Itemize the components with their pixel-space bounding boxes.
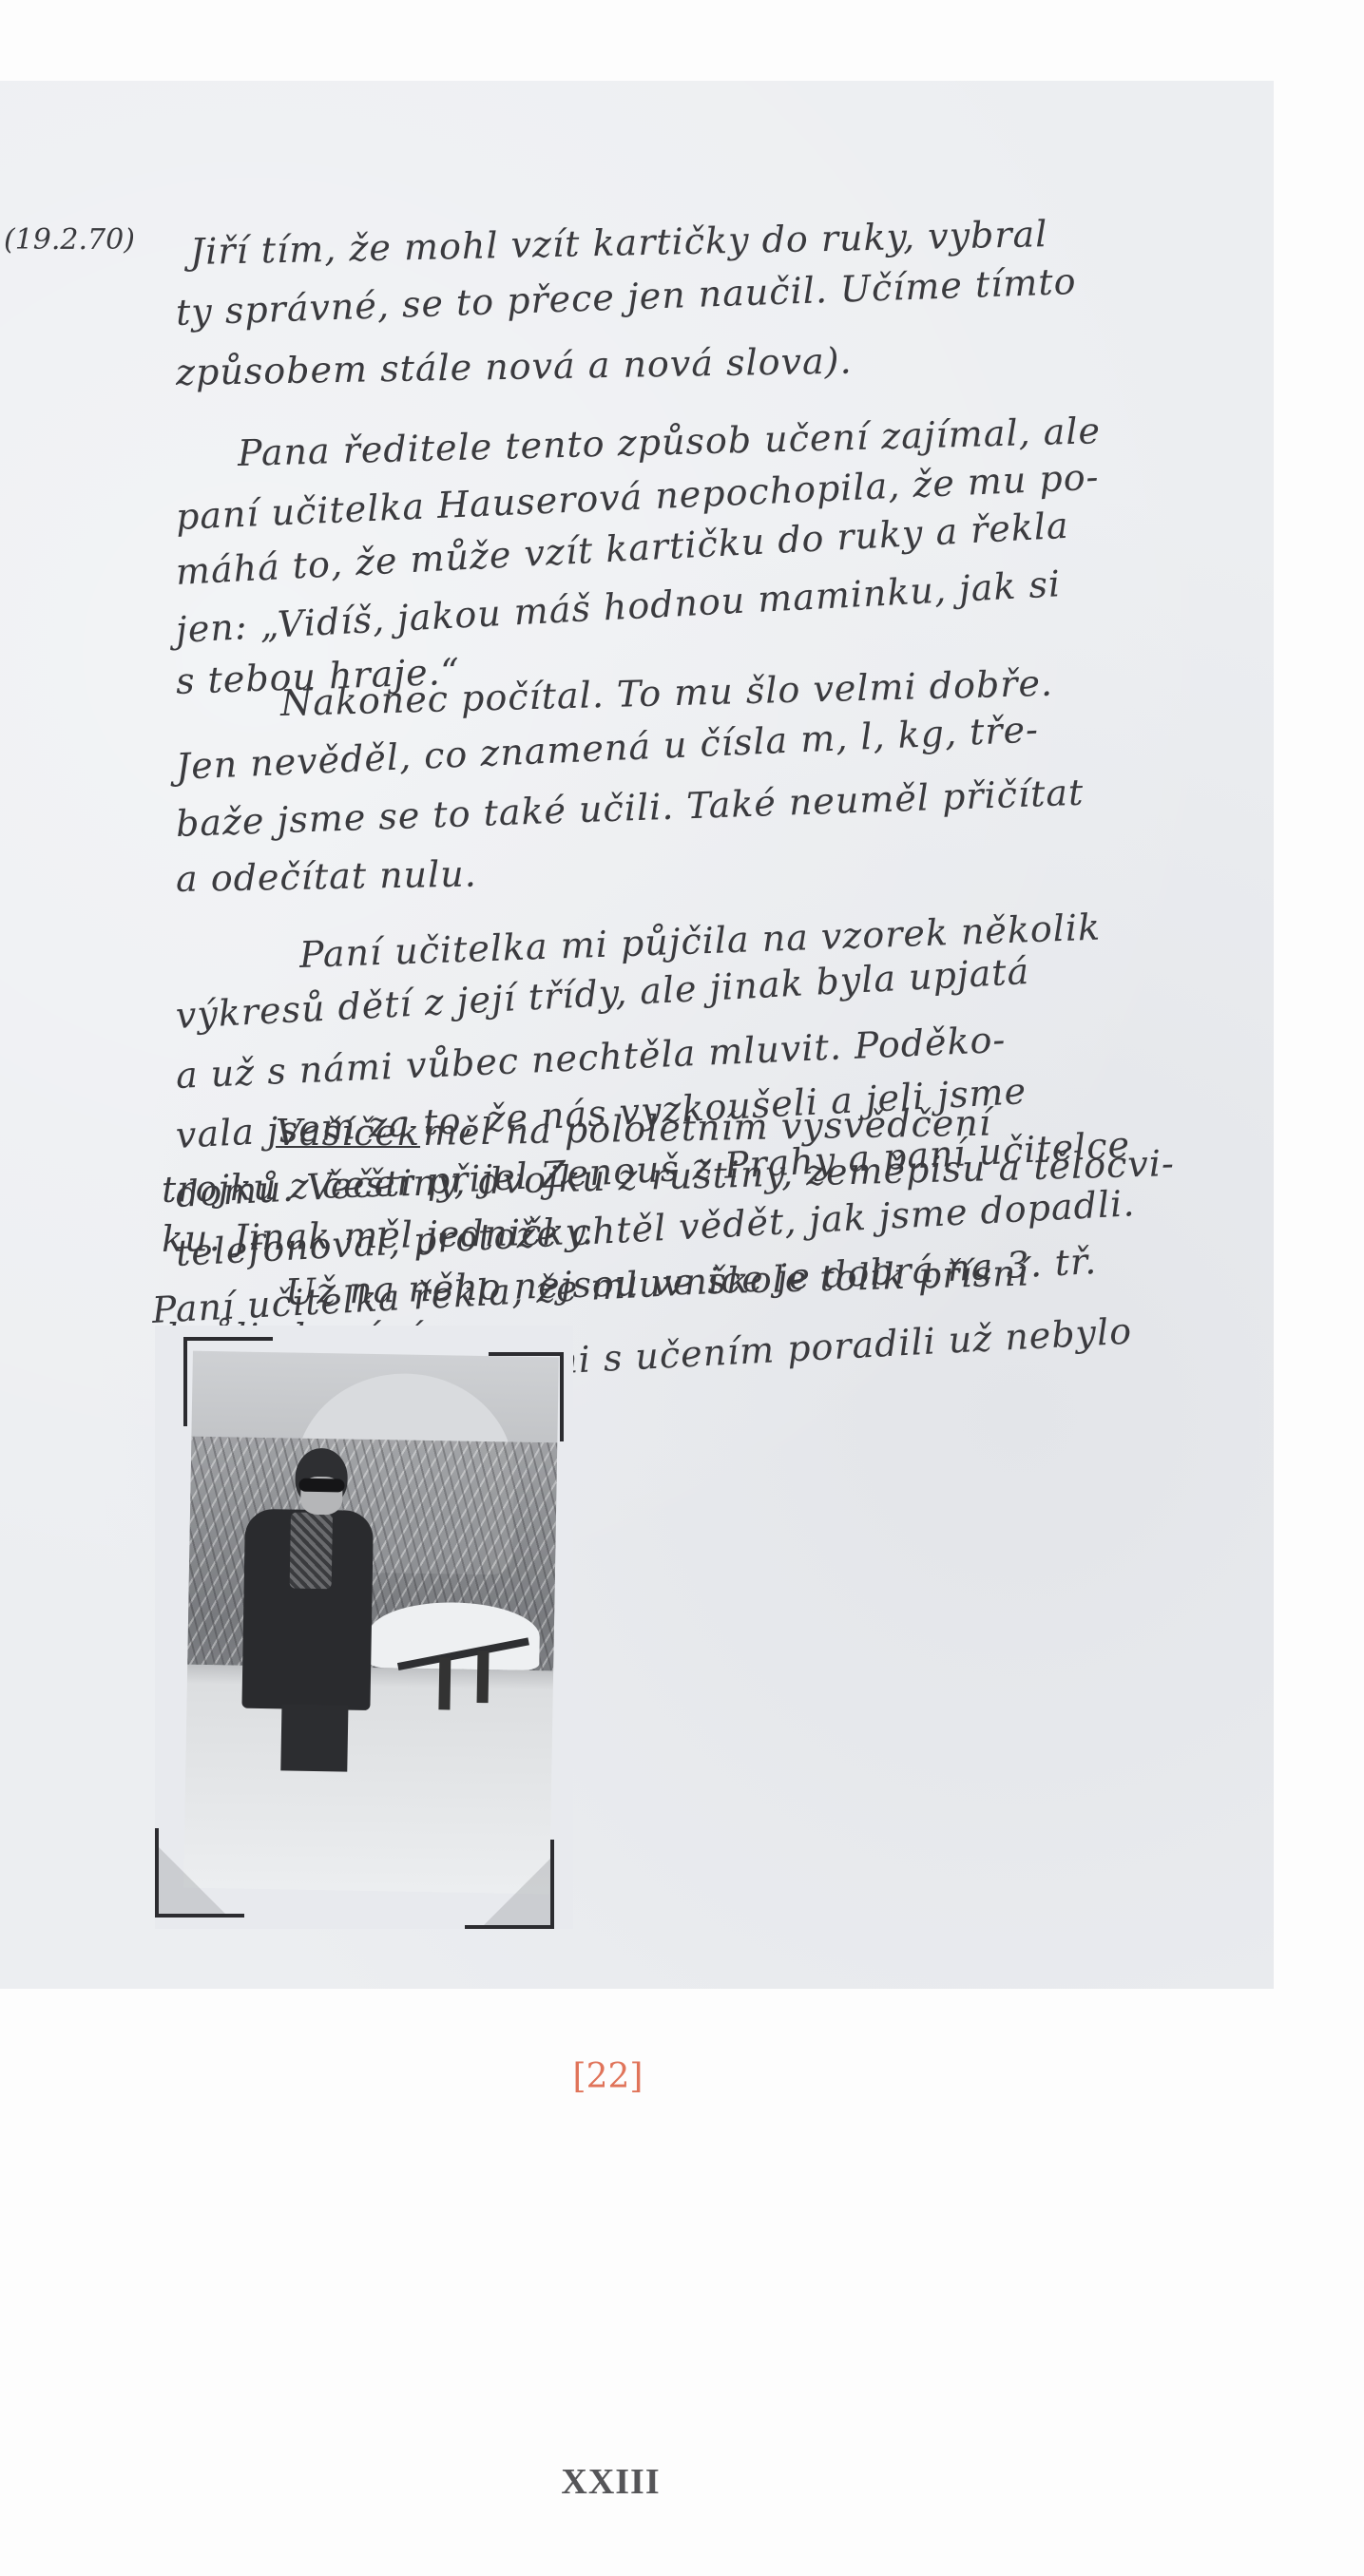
page-reference: [22]: [0, 2057, 1364, 2096]
folio-number: XXIII: [0, 2461, 1364, 2503]
manuscript-line: ku. Jinak měl jedničky.: [162, 1211, 595, 1260]
entry-date: (19.2.70): [4, 223, 135, 257]
person-scarf: [290, 1513, 333, 1590]
manuscript-line: ty správné, se to přece jen naučil. Učím…: [175, 260, 1077, 334]
manuscript-line: Jiří tím, že mohl vzít kartičky do ruky,…: [190, 213, 1048, 273]
manuscript-line: a odečítat nulu.: [176, 852, 478, 900]
photo-corner: [183, 1337, 273, 1426]
manuscript-line: baže jsme se to také učili. Také neuměl …: [175, 772, 1085, 845]
photo-corner: [489, 1352, 564, 1441]
mounted-photograph: [155, 1326, 573, 1929]
manuscript-line: způsobem stále nová a nová slova).: [176, 340, 853, 393]
manuscript-underlined-name: Vašíček: [276, 1112, 420, 1154]
sunglasses: [298, 1479, 344, 1493]
